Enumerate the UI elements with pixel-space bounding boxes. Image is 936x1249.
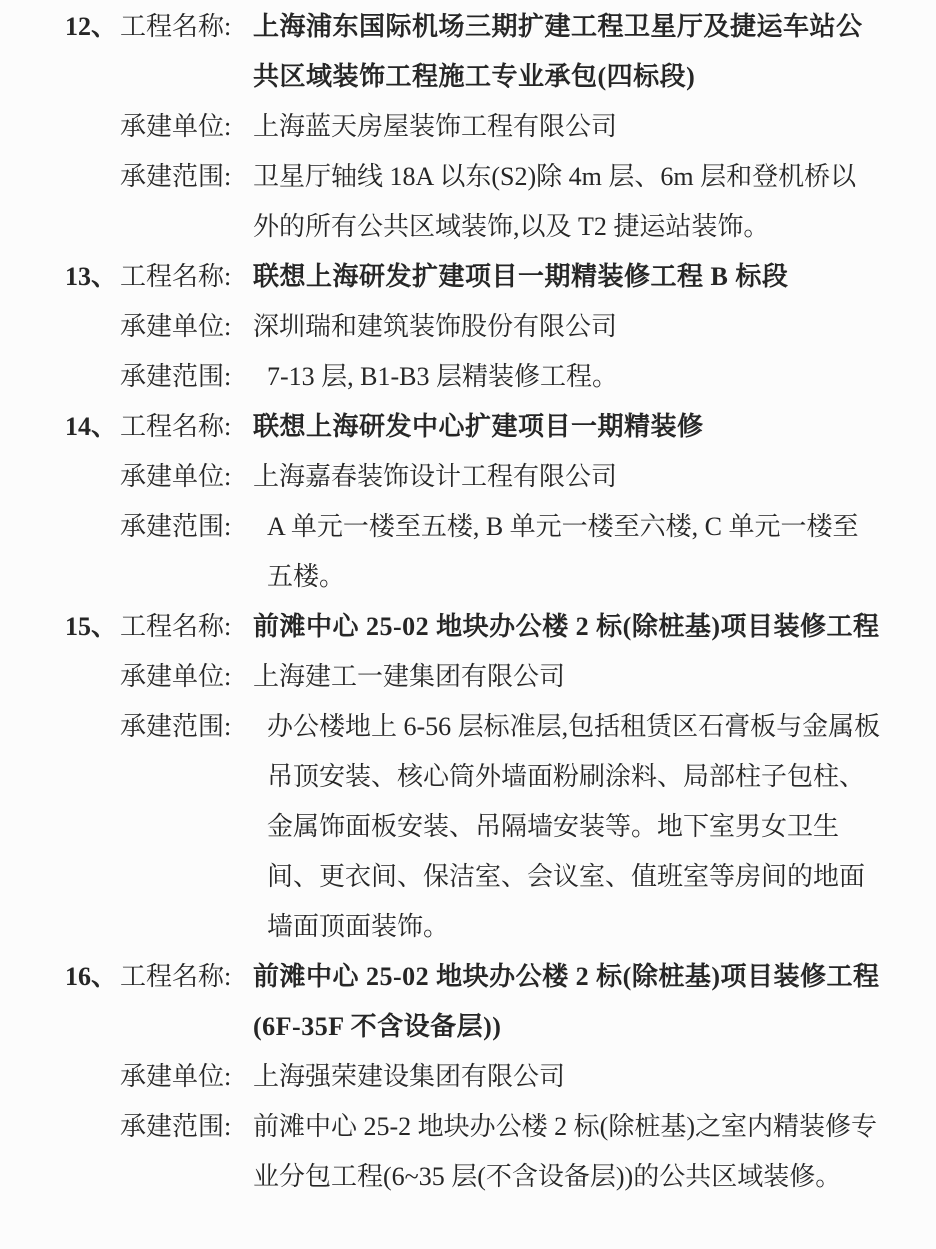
project-name: 前滩中心 25-02 地块办公楼 2 标(除桩基)项目装修工程 [253,602,882,652]
item-number: 15、 [65,602,120,652]
scope-text: 7-13 层, B1-B3 层精装修工程。 [253,352,882,402]
scope-row: 承建范围: 7-13 层, B1-B3 层精装修工程。 [65,352,882,402]
contractor-label: 承建单位: [120,102,253,152]
project-item: 15、 工程名称: 前滩中心 25-02 地块办公楼 2 标(除桩基)项目装修工… [65,602,882,952]
contractor-name: 上海嘉春装饰设计工程有限公司 [253,452,882,502]
contractor-row: 承建单位: 上海嘉春装饰设计工程有限公司 [65,452,882,502]
scope-text: 卫星厅轴线 18A 以东(S2)除 4m 层、6m 层和登机桥以外的所有公共区域… [253,152,882,252]
contractor-row: 承建单位: 深圳瑞和建筑装饰股份有限公司 [65,302,882,352]
scope-text: 前滩中心 25-2 地块办公楼 2 标(除桩基)之室内精装修专业分包工程(6~3… [253,1102,882,1202]
project-name-row: 16、 工程名称: 前滩中心 25-02 地块办公楼 2 标(除桩基)项目装修工… [65,952,882,1052]
scope-row: 承建范围: 前滩中心 25-2 地块办公楼 2 标(除桩基)之室内精装修专业分包… [65,1102,882,1202]
scope-row: 承建范围: 办公楼地上 6-56 层标准层,包括租赁区石膏板与金属板吊顶安装、核… [65,702,882,952]
project-name: 上海浦东国际机场三期扩建工程卫星厅及捷运车站公共区域装饰工程施工专业承包(四标段… [253,2,882,102]
project-item: 13、 工程名称: 联想上海研发扩建项目一期精装修工程 B 标段 承建单位: 深… [65,252,882,402]
project-name-label: 工程名称: [120,252,253,302]
project-name: 联想上海研发扩建项目一期精装修工程 B 标段 [253,252,882,302]
item-number: 14、 [65,402,120,452]
contractor-row: 承建单位: 上海强荣建设集团有限公司 [65,1052,882,1102]
contractor-row: 承建单位: 上海建工一建集团有限公司 [65,652,882,702]
contractor-name: 上海建工一建集团有限公司 [253,652,882,702]
contractor-name: 上海强荣建设集团有限公司 [253,1052,882,1102]
contractor-label: 承建单位: [120,302,253,352]
project-name-row: 15、 工程名称: 前滩中心 25-02 地块办公楼 2 标(除桩基)项目装修工… [65,602,882,652]
project-name-row: 12、 工程名称: 上海浦东国际机场三期扩建工程卫星厅及捷运车站公共区域装饰工程… [65,2,882,102]
project-name-label: 工程名称: [120,402,253,452]
contractor-label: 承建单位: [120,652,253,702]
project-item: 14、 工程名称: 联想上海研发中心扩建项目一期精装修 承建单位: 上海嘉春装饰… [65,402,882,602]
project-name: 联想上海研发中心扩建项目一期精装修 [253,402,882,452]
scope-label: 承建范围: [120,502,253,552]
item-number: 13、 [65,252,120,302]
scope-label: 承建范围: [120,352,253,402]
contractor-name: 上海蓝天房屋装饰工程有限公司 [253,102,882,152]
project-name: 前滩中心 25-02 地块办公楼 2 标(除桩基)项目装修工程(6F-35F 不… [253,952,882,1052]
scope-row: 承建范围: A 单元一楼至五楼, B 单元一楼至六楼, C 单元一楼至五楼。 [65,502,882,602]
project-name-row: 13、 工程名称: 联想上海研发扩建项目一期精装修工程 B 标段 [65,252,882,302]
project-name-label: 工程名称: [120,2,253,52]
project-item: 12、 工程名称: 上海浦东国际机场三期扩建工程卫星厅及捷运车站公共区域装饰工程… [65,2,882,252]
contractor-row: 承建单位: 上海蓝天房屋装饰工程有限公司 [65,102,882,152]
scope-label: 承建范围: [120,152,253,202]
scope-text: A 单元一楼至五楼, B 单元一楼至六楼, C 单元一楼至五楼。 [253,502,882,602]
contractor-label: 承建单位: [120,1052,253,1102]
item-number: 16、 [65,952,120,1002]
document-page: 12、 工程名称: 上海浦东国际机场三期扩建工程卫星厅及捷运车站公共区域装饰工程… [0,0,936,1249]
scope-text: 办公楼地上 6-56 层标准层,包括租赁区石膏板与金属板吊顶安装、核心筒外墙面粉… [253,702,882,952]
contractor-name: 深圳瑞和建筑装饰股份有限公司 [253,302,882,352]
project-item: 16、 工程名称: 前滩中心 25-02 地块办公楼 2 标(除桩基)项目装修工… [65,952,882,1202]
project-name-label: 工程名称: [120,602,253,652]
contractor-label: 承建单位: [120,452,253,502]
scope-row: 承建范围: 卫星厅轴线 18A 以东(S2)除 4m 层、6m 层和登机桥以外的… [65,152,882,252]
item-number: 12、 [65,2,120,52]
scope-label: 承建范围: [120,702,253,752]
scope-label: 承建范围: [120,1102,253,1152]
project-name-row: 14、 工程名称: 联想上海研发中心扩建项目一期精装修 [65,402,882,452]
project-name-label: 工程名称: [120,952,253,1002]
